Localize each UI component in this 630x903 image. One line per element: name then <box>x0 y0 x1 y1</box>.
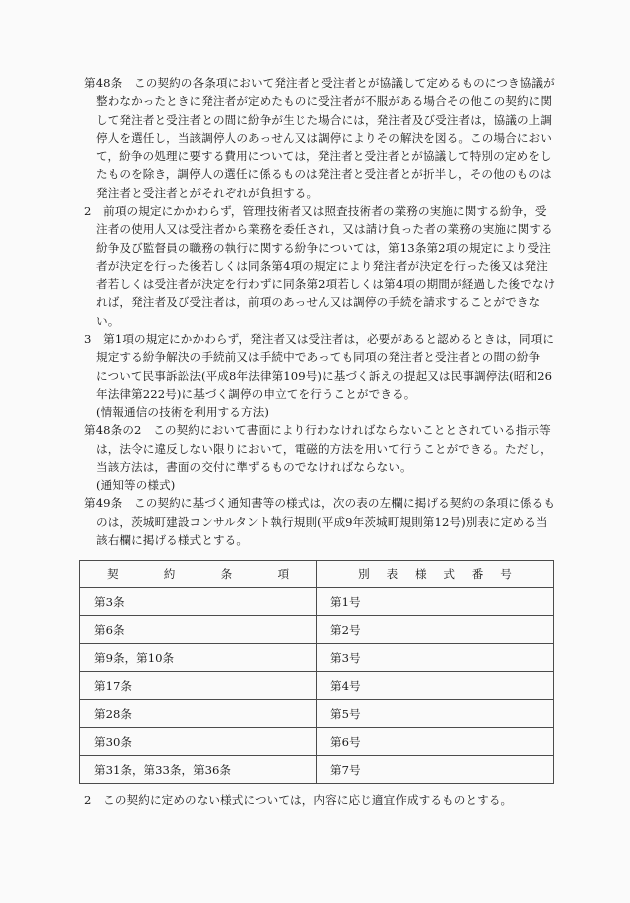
table-row: 第17条 第4号 <box>80 672 554 700</box>
form-number-cell: 第4号 <box>317 672 554 700</box>
form-number-cell: 第2号 <box>317 616 554 644</box>
table-row: 第6条 第2号 <box>80 616 554 644</box>
contract-article-cell: 第9条，第10条 <box>80 644 317 672</box>
text-line: い。 <box>84 312 558 330</box>
text-line: 該右欄に掲げる様式とする。 <box>84 531 558 549</box>
text-line: 停人を選任し，当該調停人のあっせん又は調停によりその解決を図る。この場合におい <box>84 129 558 147</box>
text-line: 当該方法は，書面の交付に準ずるものでなければならない。 <box>84 458 558 476</box>
text-line: 年法律第222号)に基づく調停の申立てを行うことができる。 <box>84 385 558 403</box>
contract-text: 第48条 この契約の各条項において発注者と受注者とが協議して定めるものにつき協議… <box>84 74 558 810</box>
article-48-clause-1: 第48条 この契約の各条項において発注者と受注者とが協議して定めるものにつき協議… <box>84 74 558 202</box>
text-line: 発注者と受注者とがそれぞれが負担する。 <box>84 184 558 202</box>
table-header-row: 契約条項 別表様式番号 <box>80 561 554 588</box>
text-line: 整わなかったときに発注者が定めたものに受注者が不服がある場合その他この契約に関 <box>84 92 558 110</box>
section-heading-notice-forms: (通知等の様式) <box>84 476 558 494</box>
table-row: 第3条 第1号 <box>80 588 554 616</box>
text-line: のは，茨城町建設コンサルタント執行規則(平成9年茨城町規則第12号)別表に定める… <box>84 513 558 531</box>
article-48-2-clause: 第48条の2 この契約において書面により行わなければならないこととされている指示… <box>84 421 558 476</box>
contract-article-cell: 第30条 <box>80 728 317 756</box>
text-line: 第48条の2 この契約において書面により行わなければならないこととされている指示… <box>84 421 558 439</box>
text-line: (情報通信の技術を利用する方法) <box>84 403 558 421</box>
text-line: (通知等の様式) <box>84 476 558 494</box>
text-line: れば，発注者及び受注者は，前項のあっせん又は調停の手続を請求することができな <box>84 293 558 311</box>
form-number-table: 契約条項 別表様式番号 第3条 第1号 第6条 第2号 第9条，第10条 第3号 <box>79 560 554 784</box>
text-line: 規定する紛争解決の手続前又は手続中であっても同項の発注者と受注者との間の紛争 <box>84 348 558 366</box>
text-line: は，法令に違反しない限りにおいて，電磁的方法を用いて行うことができる。ただし， <box>84 440 558 458</box>
contract-article-cell: 第28条 <box>80 700 317 728</box>
text-line: 紛争及び監督員の職務の執行に関する紛争については，第13条第2項の規定により受注 <box>84 239 558 257</box>
table-row: 第31条，第33条，第36条 第7号 <box>80 756 554 784</box>
form-number-cell: 第3号 <box>317 644 554 672</box>
column-header-contract-article-label: 契約条項 <box>107 567 334 581</box>
article-48-clause-2: 2 前項の規定にかかわらず，管理技術者又は照査技術者の業務の実施に関する紛争，受… <box>84 202 558 330</box>
text-line: 2 前項の規定にかかわらず，管理技術者又は照査技術者の業務の実施に関する紛争，受 <box>84 202 558 220</box>
column-header-contract-article: 契約条項 <box>80 561 317 588</box>
form-number-cell: 第1号 <box>317 588 554 616</box>
text-line: 第48条 この契約の各条項において発注者と受注者とが協議して定めるものにつき協議… <box>84 74 558 92</box>
contract-article-cell: 第17条 <box>80 672 317 700</box>
text-line: 者が決定を行った後若しくは同条第4項の規定により発注者が決定を行った後又は発注 <box>84 257 558 275</box>
text-line: して発注者と受注者との間に紛争が生じた場合には，発注者及び受注者は，協議の上調 <box>84 111 558 129</box>
text-line: 注者の使用人又は受注者から業務を委任され，又は請け負った者の業務の実施に関する <box>84 220 558 238</box>
text-line: 者若しくは受注者が決定を行わずに同条第2項若しくは第4項の期間が経過した後でなけ <box>84 275 558 293</box>
table-row: 第28条 第5号 <box>80 700 554 728</box>
contract-document-page: 第48条 この契約の各条項において発注者と受注者とが協議して定めるものにつき協議… <box>0 0 630 903</box>
table-row: 第9条，第10条 第3号 <box>80 644 554 672</box>
article-48-clause-3: 3 第1項の規定にかかわらず，発注者又は受注者は，必要があると認めるときは，同項… <box>84 330 558 403</box>
contract-article-cell: 第3条 <box>80 588 317 616</box>
section-heading-electronic-methods: (情報通信の技術を利用する方法) <box>84 403 558 421</box>
text-line: 3 第1項の規定にかかわらず，発注者又は受注者は，必要があると認めるときは，同項… <box>84 330 558 348</box>
form-number-cell: 第6号 <box>317 728 554 756</box>
text-line: て，紛争の処理に要する費用については，発注者と受注者とが協議して特別の定めをし <box>84 147 558 165</box>
text-line: 2 この契約に定めのない様式については，内容に応じ適宜作成するものとする。 <box>84 791 558 809</box>
contract-article-cell: 第6条 <box>80 616 317 644</box>
article-49-clause-1: 第49条 この契約に基づく通知書等の様式は，次の表の左欄に掲げる契約の条項に係る… <box>84 494 558 549</box>
text-line: たものを除き，調停人の選任に係るものは発注者と受注者とが折半し，その他のものは <box>84 165 558 183</box>
table-row: 第30条 第6号 <box>80 728 554 756</box>
text-line: について民事訴訟法(平成8年法律第109号)に基づく訴えの提起又は民事調停法(昭… <box>84 367 558 385</box>
contract-article-cell: 第31条，第33条，第36条 <box>80 756 317 784</box>
article-49-clause-2: 2 この契約に定めのない様式については，内容に応じ適宜作成するものとする。 <box>84 791 558 809</box>
column-header-form-number-label: 別表様式番号 <box>358 567 528 581</box>
text-line: 第49条 この契約に基づく通知書等の様式は，次の表の左欄に掲げる契約の条項に係る… <box>84 494 558 512</box>
form-number-cell: 第7号 <box>317 756 554 784</box>
form-number-cell: 第5号 <box>317 700 554 728</box>
column-header-form-number: 別表様式番号 <box>317 561 554 588</box>
